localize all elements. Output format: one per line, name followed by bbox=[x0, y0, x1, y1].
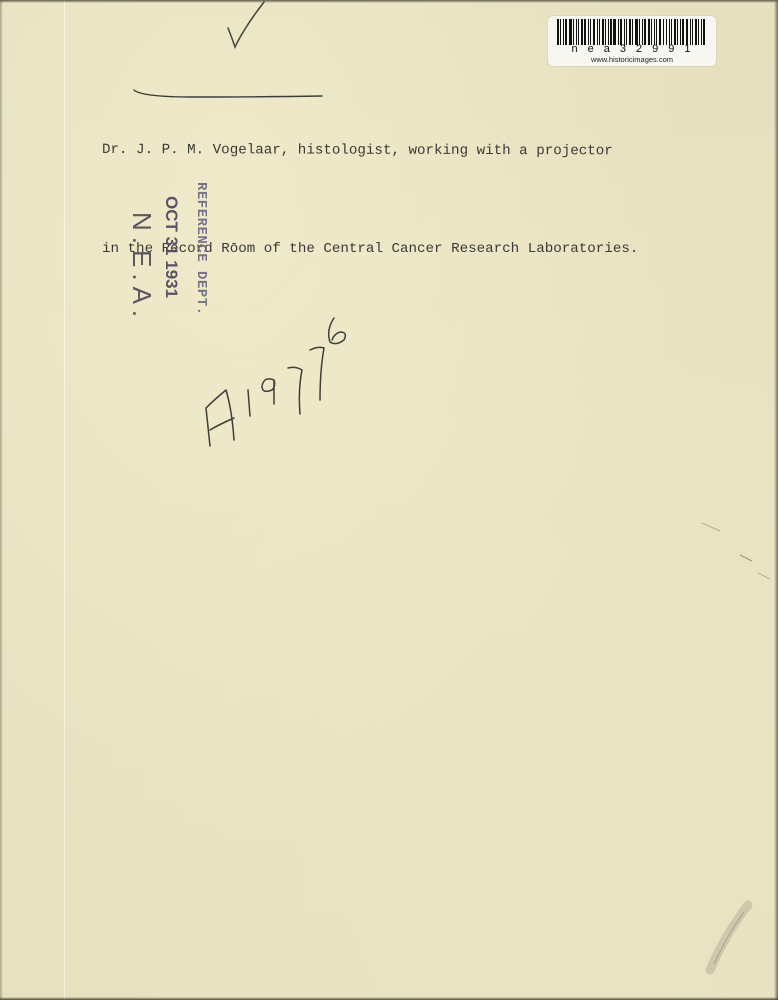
paper-crease bbox=[64, 0, 65, 1000]
pencil-smudge bbox=[700, 890, 760, 980]
barcode-bar bbox=[666, 19, 668, 45]
barcode-bar bbox=[605, 19, 606, 45]
barcode-bar bbox=[682, 19, 684, 45]
barcode-bar bbox=[588, 19, 589, 45]
barcode-bar bbox=[565, 19, 567, 45]
barcode-bar bbox=[626, 19, 627, 45]
barcode-bar bbox=[692, 19, 693, 45]
barcode-url: www.historicimages.com bbox=[548, 55, 716, 64]
barcode-bar bbox=[677, 19, 678, 45]
barcode-bar bbox=[701, 19, 702, 45]
nea-stamp: N.E.A. bbox=[126, 212, 157, 323]
barcode-bar bbox=[590, 19, 591, 45]
barcode-bar bbox=[576, 19, 577, 45]
typed-caption: Dr. J. P. M. Vogelaar, histologist, work… bbox=[102, 68, 638, 299]
name-underline-stroke bbox=[132, 88, 324, 100]
date-stamp: OCT 31 1931 bbox=[161, 196, 181, 298]
barcode-bar bbox=[644, 19, 646, 45]
barcode-bar bbox=[642, 19, 643, 45]
paper-scratches bbox=[700, 515, 778, 585]
barcode-bar bbox=[597, 19, 598, 45]
barcode-bar bbox=[624, 19, 625, 45]
barcode-bar bbox=[602, 19, 604, 45]
barcode-bar bbox=[629, 19, 631, 45]
paper-edge-right bbox=[774, 0, 778, 1000]
barcode-bar bbox=[593, 19, 596, 45]
barcode-bar bbox=[613, 19, 616, 45]
barcode-bar bbox=[599, 19, 600, 45]
barcode-bar bbox=[573, 19, 574, 45]
barcode-number: nea32991 bbox=[548, 43, 716, 55]
barcode-bar bbox=[695, 19, 697, 45]
barcode-bar bbox=[639, 19, 640, 45]
barcode-bar bbox=[656, 19, 657, 45]
barcode-bar bbox=[651, 19, 652, 45]
barcode-bar bbox=[698, 19, 699, 45]
barcode-bar bbox=[663, 19, 664, 45]
barcode-bar bbox=[703, 19, 705, 45]
barcode-bar bbox=[608, 19, 609, 45]
barcode-bar bbox=[618, 19, 619, 45]
barcode-bar bbox=[563, 19, 564, 45]
checkmark-icon bbox=[222, 0, 272, 52]
caption-line-2: in the Record Rōom of the Central Cancer… bbox=[102, 233, 638, 266]
barcode-bar bbox=[560, 19, 561, 45]
barcode-bar bbox=[690, 19, 691, 45]
barcode-bar bbox=[578, 19, 579, 45]
barcode-bar bbox=[674, 19, 676, 45]
barcode-bar bbox=[557, 19, 559, 45]
barcode-bar bbox=[632, 19, 633, 45]
barcode-bar bbox=[648, 19, 650, 45]
barcode-bar bbox=[581, 19, 583, 45]
barcode-bar bbox=[669, 19, 670, 45]
barcode-label: nea32991 www.historicimages.com bbox=[548, 16, 716, 66]
barcode-bar bbox=[686, 19, 689, 45]
barcode-bar bbox=[620, 19, 622, 45]
barcode-bar bbox=[671, 19, 672, 45]
barcode-bar bbox=[569, 19, 572, 45]
barcode-icon bbox=[557, 19, 707, 45]
paper-edge-top bbox=[0, 0, 778, 3]
barcode-bar bbox=[680, 19, 681, 45]
handwritten-reference-number: A19776 bbox=[196, 310, 366, 460]
paper-edge-left bbox=[0, 0, 3, 1000]
barcode-bar bbox=[584, 19, 586, 45]
barcode-bar bbox=[659, 19, 662, 45]
barcode-bar bbox=[610, 19, 612, 45]
barcode-bar bbox=[654, 19, 655, 45]
caption-line-1: Dr. J. P. M. Vogelaar, histologist, work… bbox=[102, 134, 638, 168]
barcode-bar bbox=[635, 19, 638, 45]
reference-dept-stamp: REFERENCE DEPT. bbox=[193, 182, 209, 316]
